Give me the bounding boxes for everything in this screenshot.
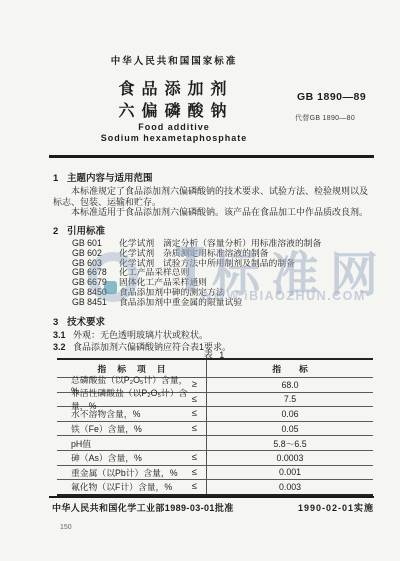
- section1-title: 主题内容与适用范围: [67, 173, 153, 184]
- spec-value: 5.8～6.5: [207, 436, 373, 450]
- header-rule: [49, 155, 374, 158]
- standard-label: 中华人民共和国国家标准: [0, 53, 348, 67]
- ref-title: 固体化工产品采样通则: [119, 277, 207, 287]
- ref-title: 食品添加剂中重金属的限量试验: [119, 297, 242, 307]
- table-row: 氟化物（以F计）含量，%≤ 0.003: [57, 479, 373, 494]
- list-item: GB 8451食品添加剂中重金属的限量试验: [72, 298, 372, 308]
- ref-title: 化学试剂 滴定分析（容量分析）用标准溶液的制备: [119, 238, 321, 248]
- table-row: 水不溶物含量，%≤ 0.06: [57, 406, 373, 421]
- clause-text: 外观：无色透明玻璃片状或粒状。: [73, 330, 208, 340]
- title-en-line2: Sodium hexametaphosphate: [0, 133, 348, 143]
- title-en-line1: Food additive: [0, 122, 348, 132]
- section2-heading: 2引用标准: [53, 223, 105, 237]
- item-name: 水不溶物含量，%: [71, 407, 140, 420]
- section1-number: 1: [53, 173, 67, 184]
- list-item: GB 6678化工产品采样总则: [72, 268, 372, 278]
- table1: 指标项目 指标 总磷酸盐（以P₂O₅计）含量，%≥ 68.0 非活性磷酸盐（以P…: [57, 358, 373, 496]
- list-item: GB 603化学试剂 试验方法中所用制剂及制品的制备: [72, 259, 372, 269]
- item-name: 重金属（以Pb计）含量，%: [71, 466, 178, 479]
- section3-title: 技术要求: [67, 317, 105, 328]
- section3-heading: 3技术要求: [53, 314, 105, 328]
- footer-rule: [49, 496, 374, 498]
- relation-symbol: ≤: [192, 467, 197, 478]
- relation-symbol: ≤: [192, 408, 197, 419]
- spec-value: 68.0: [207, 378, 373, 392]
- table-row: pH值 5.8～6.5: [57, 435, 373, 450]
- relation-symbol: ≥: [192, 379, 197, 390]
- table-row: 非活性磷酸盐（以P₂O₅计）含量，%≤ 7.5: [57, 392, 373, 407]
- relation-symbol: ≤: [192, 423, 197, 434]
- standard-code: GB 1890—89: [297, 91, 366, 103]
- ref-title: 化工产品采样总则: [119, 267, 189, 277]
- section2-title: 引用标准: [67, 226, 105, 237]
- page-number: 150: [60, 524, 72, 531]
- ref-code: GB 8451: [72, 298, 119, 308]
- ref-title: 食品添加剂中砷的测定方法: [119, 287, 225, 297]
- section1-body: 本标准规定了食品添加剂六偏磷酸钠的技术要求、试验方法、检验规则以及标志、包装、运…: [53, 186, 375, 218]
- paragraph: 本标准规定了食品添加剂六偏磷酸钠的技术要求、试验方法、检验规则以及标志、包装、运…: [53, 186, 375, 207]
- spec-value: 0.003: [207, 480, 373, 494]
- column-header-spec: 指标: [207, 360, 373, 377]
- spec-value: 7.5: [207, 393, 373, 407]
- section2-number: 2: [53, 226, 67, 237]
- table-row: 砷（As）含量，%≤ 0.0003: [57, 450, 373, 465]
- item-name: 氟化物（以F计）含量，%: [71, 480, 172, 493]
- ref-title: 化学试剂 杂质测定用标准溶液的制备: [119, 248, 269, 258]
- clause-number: 3.1: [53, 330, 73, 340]
- item-name: pH值: [71, 437, 91, 450]
- table-row: 铁（Fe）含量，%≤ 0.05: [57, 421, 373, 436]
- relation-symbol: ≤: [192, 452, 197, 463]
- spec-value: 0.06: [207, 407, 373, 421]
- relation-symbol: ≤: [192, 394, 197, 405]
- spec-value: 0.001: [207, 466, 373, 480]
- paragraph: 本标准适用于食品添加剂六偏磷酸钠。该产品在食品加工中作品质改良剂。: [53, 207, 375, 218]
- referenced-standards-list: GB 601化学试剂 滴定分析（容量分析）用标准溶液的制备 GB 602化学试剂…: [72, 239, 372, 308]
- item-name: 砷（As）含量，%: [71, 451, 142, 464]
- spec-value: 0.0003: [207, 451, 373, 465]
- document-page: 中华人民共和国国家标准 食品添加剂 六偏磷酸钠 GB 1890—89 代替GB …: [0, 0, 400, 561]
- item-name: 铁（Fe）含量，%: [71, 422, 142, 435]
- spec-value: 0.05: [207, 422, 373, 436]
- table-row: 重金属（以Pb计）含量，%≤ 0.001: [57, 465, 373, 480]
- relation-symbol: ≤: [192, 481, 197, 492]
- section1-heading: 1主题内容与适用范围: [53, 170, 153, 184]
- section3-number: 3: [53, 317, 67, 328]
- implementation-note: 1990-02-01实施: [49, 501, 374, 514]
